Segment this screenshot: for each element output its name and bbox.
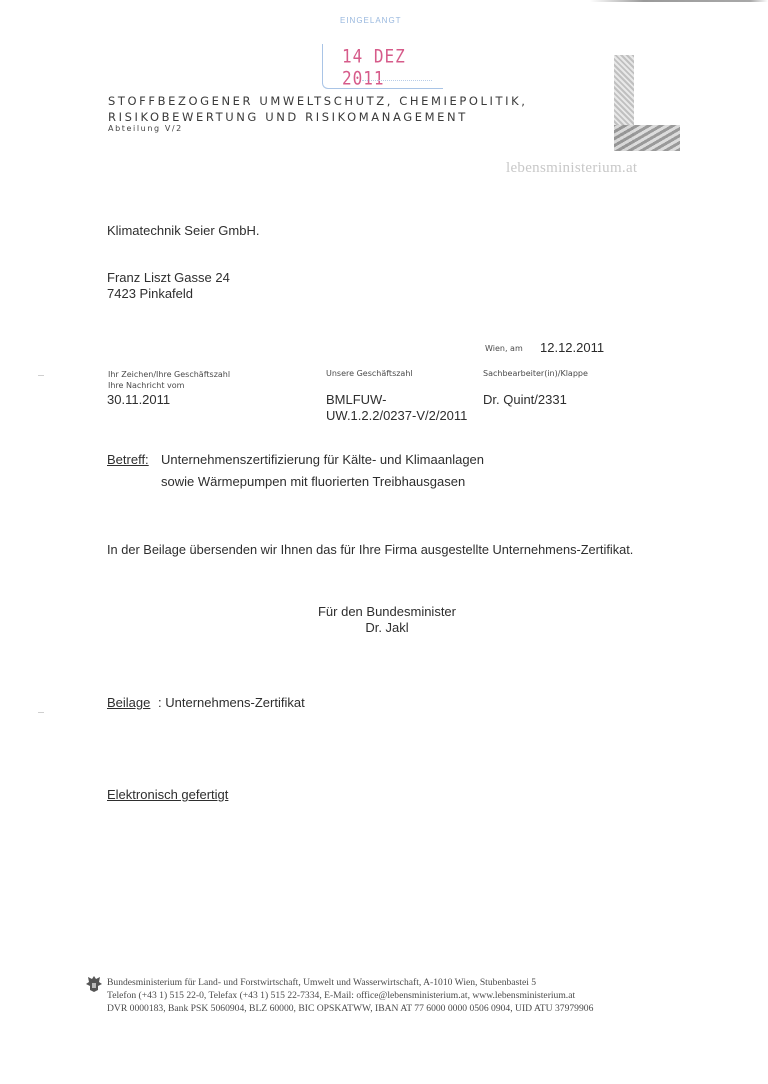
coat-of-arms-icon — [86, 975, 102, 993]
your-message-label: Ihre Nachricht vom — [108, 380, 230, 391]
electronically-signed-note: Elektronisch gefertigt — [107, 787, 228, 802]
subject-line-2: sowie Wärmepumpen mit fluorierten Treibh… — [161, 474, 465, 489]
punch-mark — [38, 712, 44, 713]
division-label: Abteilung V/2 — [108, 124, 183, 133]
our-ref-label: Unsere Geschäftszahl — [326, 369, 413, 378]
lebensministerium-logo-icon — [614, 55, 680, 151]
stamp-date: 14 DEZ 2011 — [342, 45, 454, 89]
signature-line-1: Für den Bundesminister — [312, 604, 462, 619]
letter-date: 12.12.2011 — [540, 340, 604, 355]
your-reference-labels: Ihr Zeichen/Ihre Geschäftszahl Ihre Nach… — [108, 369, 230, 391]
subject-line-1: Unternehmenszertifizierung für Kälte- un… — [161, 452, 484, 467]
our-reference-number: BMLFUW- UW.1.2.2/0237-V/2/2011 — [326, 392, 467, 424]
signature-name: Dr. Jakl — [312, 620, 462, 635]
your-ref-label: Ihr Zeichen/Ihre Geschäftszahl — [108, 369, 230, 380]
department-line-1: STOFFBEZOGENER UMWELTSCHUTZ, CHEMIEPOLIT… — [108, 93, 528, 109]
footer-line-2: Telefon (+43 1) 515 22-0, Telefax (+43 1… — [107, 989, 593, 1002]
stamp-header: EINGELANGT — [340, 16, 402, 25]
your-message-date: 30.11.2011 — [107, 392, 170, 407]
clerk-value: Dr. Quint/2331 — [483, 392, 567, 407]
enclosure-label: Beilage — [107, 695, 150, 710]
logo-url-text: lebensministerium.at — [506, 160, 637, 177]
enclosure-value: : Unternehmens-Zertifikat — [158, 695, 305, 710]
recipient-city: 7423 Pinkafeld — [107, 286, 193, 301]
scan-edge-line — [590, 0, 768, 2]
clerk-label: Sachbearbeiter(in)/Klappe — [483, 369, 588, 378]
footer-address: Bundesministerium für Land- und Forstwir… — [107, 976, 593, 1015]
recipient-street: Franz Liszt Gasse 24 — [107, 270, 230, 285]
our-ref-line-2: UW.1.2.2/0237-V/2/2011 — [326, 408, 467, 424]
received-stamp: EINGELANGT 14 DEZ 2011 — [322, 14, 454, 90]
enclosure-text: Unternehmens-Zertifikat — [162, 695, 305, 710]
footer-line-3: DVR 0000183, Bank PSK 5060904, BLZ 60000… — [107, 1002, 593, 1015]
body-paragraph: In der Beilage übersenden wir Ihnen das … — [107, 542, 633, 557]
footer-line-1: Bundesministerium für Land- und Forstwir… — [107, 976, 593, 989]
subject-label: Betreff: — [107, 452, 149, 467]
department-heading: STOFFBEZOGENER UMWELTSCHUTZ, CHEMIEPOLIT… — [108, 93, 528, 125]
stamp-dotted-line — [362, 80, 432, 81]
our-ref-line-1: BMLFUW- — [326, 392, 467, 408]
punch-mark — [38, 375, 44, 376]
place-date-label: Wien, am — [485, 344, 523, 353]
department-line-2: RISIKOBEWERTUNG UND RISIKOMANAGEMENT — [108, 109, 528, 125]
recipient-company: Klimatechnik Seier GmbH. — [107, 223, 259, 238]
